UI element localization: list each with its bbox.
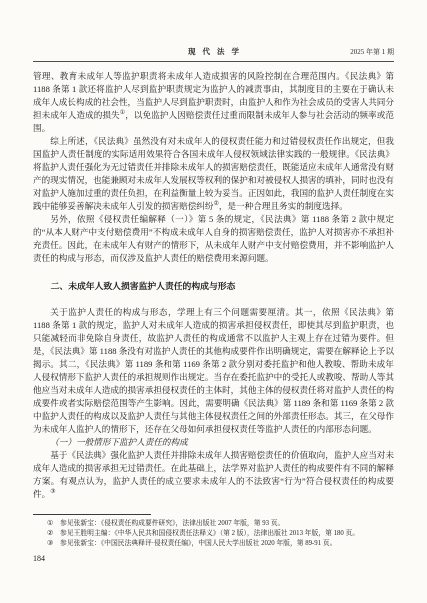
footnote-marker: ② <box>47 529 60 539</box>
footnote-marker: ③ <box>47 539 60 549</box>
paper-page: 现代法学 2025 年第 1 期 管理、教育未成年人等监护职责将未成年人造成损害… <box>0 0 427 603</box>
journal-header: 现代法学 2025 年第 1 期 <box>33 46 394 58</box>
paragraph: 综上所述，《民法典》虽然没有对未成年人的侵权责任能力和过错侵权责任作出规定，但我… <box>33 135 394 213</box>
paragraph: 管理、教育未成年人等监护职责将未成年人造成损害的风险控制在合理范围内。《民法典》… <box>33 70 394 135</box>
page-number: 184 <box>33 554 394 563</box>
header-rule <box>33 61 394 62</box>
footnote: ②参见王胜明主编：《中华人民共和国侵权责任法释义》（第 2 版），法律出版社 2… <box>33 529 394 539</box>
footnote: ③参见张新宝：《中国民法典释评·侵权责任编》，中国人民大学出版社 2020 年版… <box>33 539 394 549</box>
footnote-text: 参见张新宝：《侵权责任构成要件研究》，法律出版社 2007 年版，第 93 页。 <box>60 519 394 529</box>
paragraph-text: 基于《民法典》强化监护人责任并排除未成年人损害赔偿责任的价值取向，监护人应当对未… <box>33 450 394 499</box>
footnote-text: 参见王胜明主编：《中华人民共和国侵权责任法释义》（第 2 版），法律出版社 20… <box>60 529 394 539</box>
issue-label: 2025 年第 1 期 <box>350 47 394 57</box>
paragraph-text: 综上所述，《民法典》虽然没有对未成年人的侵权责任能力和过错侵权责任作出规定，但我… <box>33 136 394 211</box>
footnotes: ①参见张新宝：《侵权责任构成要件研究》，法律出版社 2007 年版，第 93 页… <box>33 519 394 548</box>
footnote-separator <box>33 514 151 515</box>
section-heading: 二、未成年人致人损害监护人责任的构成与形态 <box>33 280 394 293</box>
paragraph: 基于《民法典》强化监护人责任并排除未成年人损害赔偿责任的价值取向，监护人应当对未… <box>33 449 394 501</box>
paragraph: 关于监护人责任的构成与形态，学理上有三个问题需要厘清。其一，依照《民法典》第 1… <box>33 306 394 436</box>
journal-title: 现代法学 <box>33 46 394 57</box>
paragraph-text: 另外，依照《侵权责任编解释（一）》第 5 条的规定，《民法典》第 1188 条第… <box>33 214 394 263</box>
footnote-text: 参见张新宝：《中国民法典释评·侵权责任编》，中国人民大学出版社 2020 年版，… <box>60 539 394 549</box>
paragraph: 另外，依照《侵权责任编解释（一）》第 5 条的规定，《民法典》第 1188 条第… <box>33 213 394 265</box>
footnote: ①参见张新宝：《侵权责任构成要件研究》，法律出版社 2007 年版，第 93 页… <box>33 519 394 529</box>
subsection-heading: （一）一般情形下监护人责任的构成 <box>33 436 394 449</box>
paragraph-text: 关于监护人责任的构成与形态，学理上有三个问题需要厘清。其一，依照《民法典》第 1… <box>33 307 394 434</box>
article-body: 管理、教育未成年人等监护职责将未成年人造成损害的风险控制在合理范围内。《民法典》… <box>33 70 394 501</box>
footnote-ref: ③ <box>50 489 55 495</box>
paragraph-text: ，是一种合理且务实的制度选择。 <box>219 201 348 211</box>
footnote-marker: ① <box>47 519 60 529</box>
